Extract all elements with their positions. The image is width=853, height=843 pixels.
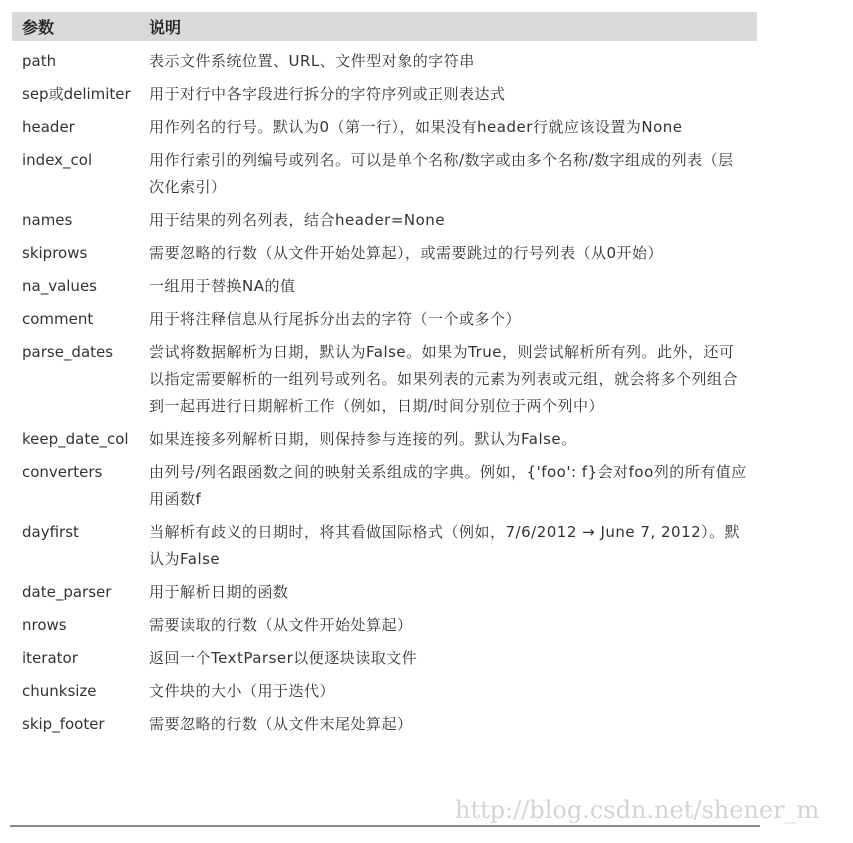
- table-row: iterator 返回一个TextParser以便逐块读取文件: [12, 642, 757, 675]
- param-description: 用作列名的行号。默认为0（第一行），如果没有header行就应该设置为None: [149, 114, 757, 141]
- param-name: comment: [12, 306, 149, 333]
- bottom-rule-divider: [10, 825, 760, 827]
- table-row: na_values 一组用于替换NA的值: [12, 270, 757, 303]
- table-body: path 表示文件系统位置、URL、文件型对象的字符串 sep或delimite…: [12, 41, 757, 741]
- param-name: parse_dates: [12, 339, 149, 420]
- table-header: 参数 说明: [12, 12, 757, 41]
- param-description: 尝试将数据解析为日期，默认为False。如果为True，则尝试解析所有列。此外，…: [149, 339, 757, 420]
- param-description: 由列号/列名跟函数之间的映射关系组成的字典。例如，{'foo': f}会对foo…: [149, 459, 757, 513]
- table-row: nrows 需要读取的行数（从文件开始处算起）: [12, 609, 757, 642]
- param-name: na_values: [12, 273, 149, 300]
- parameter-table: 参数 说明 path 表示文件系统位置、URL、文件型对象的字符串 sep或de…: [12, 12, 757, 741]
- param-description: 用作行索引的列编号或列名。可以是单个名称/数字或由多个名称/数字组成的列表（层次…: [149, 147, 757, 201]
- param-description: 当解析有歧义的日期时，将其看做国际格式（例如，7/6/2012 → June 7…: [149, 519, 757, 573]
- param-name: nrows: [12, 612, 149, 639]
- param-name: chunksize: [12, 678, 149, 705]
- table-row: index_col 用作行索引的列编号或列名。可以是单个名称/数字或由多个名称/…: [12, 144, 757, 204]
- param-name: index_col: [12, 147, 149, 201]
- param-description: 表示文件系统位置、URL、文件型对象的字符串: [149, 48, 757, 75]
- param-description: 如果连接多列解析日期，则保持参与连接的列。默认为False。: [149, 426, 757, 453]
- param-name: date_parser: [12, 579, 149, 606]
- param-description: 需要读取的行数（从文件开始处算起）: [149, 612, 757, 639]
- param-name: keep_date_col: [12, 426, 149, 453]
- table-row: comment 用于将注释信息从行尾拆分出去的字符（一个或多个）: [12, 303, 757, 336]
- table-row: sep或delimiter 用于对行中各字段进行拆分的字符序列或正则表达式: [12, 78, 757, 111]
- table-row: parse_dates 尝试将数据解析为日期，默认为False。如果为True，…: [12, 336, 757, 423]
- table-row: converters 由列号/列名跟函数之间的映射关系组成的字典。例如，{'fo…: [12, 456, 757, 516]
- param-description: 用于结果的列名列表，结合header=None: [149, 207, 757, 234]
- param-name: dayfirst: [12, 519, 149, 573]
- param-name: iterator: [12, 645, 149, 672]
- param-description: 用于将注释信息从行尾拆分出去的字符（一个或多个）: [149, 306, 757, 333]
- param-name: header: [12, 114, 149, 141]
- param-description: 一组用于替换NA的值: [149, 273, 757, 300]
- table-row: names 用于结果的列名列表，结合header=None: [12, 204, 757, 237]
- param-name: skiprows: [12, 240, 149, 267]
- param-description: 需要忽略的行数（从文件开始处算起），或需要跳过的行号列表（从0开始）: [149, 240, 757, 267]
- table-row: skiprows 需要忽略的行数（从文件开始处算起），或需要跳过的行号列表（从0…: [12, 237, 757, 270]
- param-description: 需要忽略的行数（从文件末尾处算起）: [149, 711, 757, 738]
- param-description: 返回一个TextParser以便逐块读取文件: [149, 645, 757, 672]
- param-name: converters: [12, 459, 149, 513]
- table-row: dayfirst 当解析有歧义的日期时，将其看做国际格式（例如，7/6/2012…: [12, 516, 757, 576]
- param-name: skip_footer: [12, 711, 149, 738]
- table-row: skip_footer 需要忽略的行数（从文件末尾处算起）: [12, 708, 757, 741]
- param-name: names: [12, 207, 149, 234]
- param-name: path: [12, 48, 149, 75]
- table-row: path 表示文件系统位置、URL、文件型对象的字符串: [12, 45, 757, 78]
- table-row: date_parser 用于解析日期的函数: [12, 576, 757, 609]
- header-description: 说明: [149, 15, 757, 38]
- table-row: header 用作列名的行号。默认为0（第一行），如果没有header行就应该设…: [12, 111, 757, 144]
- param-description: 用于对行中各字段进行拆分的字符序列或正则表达式: [149, 81, 757, 108]
- param-name: sep或delimiter: [12, 81, 149, 108]
- param-description: 文件块的大小（用于迭代）: [149, 678, 757, 705]
- table-row: chunksize 文件块的大小（用于迭代）: [12, 675, 757, 708]
- param-description: 用于解析日期的函数: [149, 579, 757, 606]
- watermark: http://blog.csdn.net/shener_m: [455, 796, 819, 824]
- table-row: keep_date_col 如果连接多列解析日期，则保持参与连接的列。默认为Fa…: [12, 423, 757, 456]
- header-param: 参数: [12, 15, 149, 38]
